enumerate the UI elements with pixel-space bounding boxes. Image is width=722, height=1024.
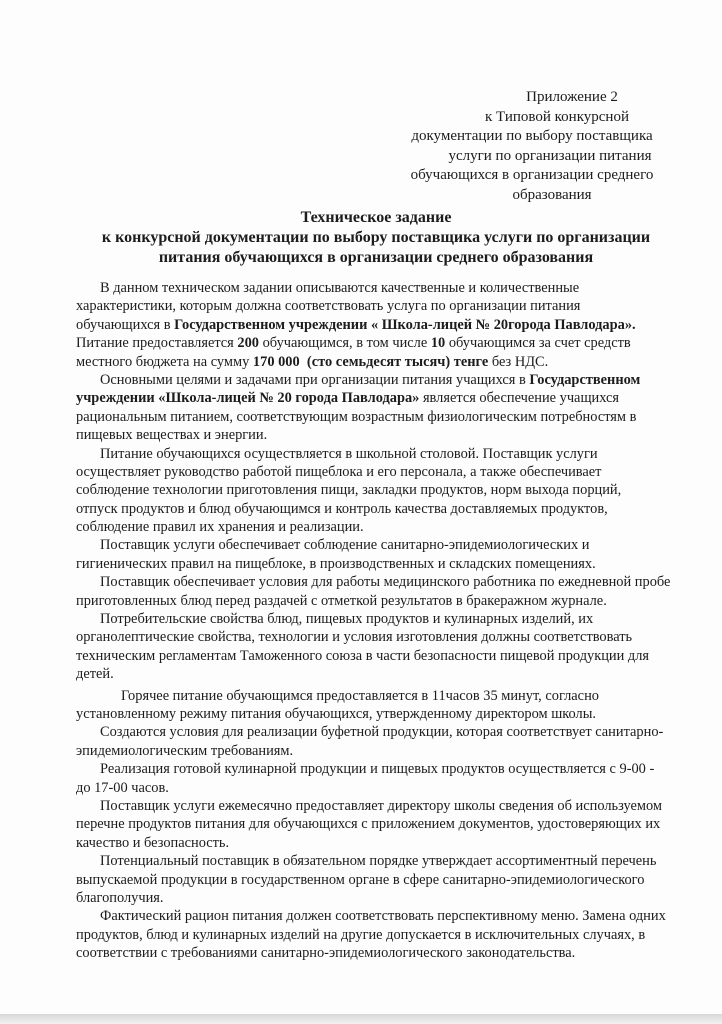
text-line: перечне продуктов питания для обучающихс… bbox=[76, 815, 696, 833]
annex-line: документации по выбору поставщика bbox=[382, 127, 682, 147]
text-line: техническим регламентам Таможенного союз… bbox=[76, 647, 696, 665]
text-line: Потребительские свойства блюд, пищевых п… bbox=[76, 610, 696, 628]
text-line: Поставщик обеспечивает условия для работ… bbox=[76, 573, 696, 591]
annex-line: к Типовой конкурсной bbox=[382, 108, 682, 128]
annex-line: Приложение 2 bbox=[382, 88, 682, 108]
students-total: 200 bbox=[237, 335, 259, 351]
annex-line: образования bbox=[382, 186, 682, 206]
text-line: осуществляет руководство работой пищебло… bbox=[76, 463, 696, 481]
paragraph-canteen: Питание обучающихся осуществляется в шко… bbox=[76, 445, 696, 537]
paragraph-intro: В данном техническом задании описываются… bbox=[76, 279, 696, 371]
paragraph-buffet: Создаются условия для реализации буфетно… bbox=[76, 723, 696, 760]
budget-amount: 170 000 bbox=[253, 354, 300, 370]
text-line: приготовленных блюд перед раздачей с отм… bbox=[76, 592, 696, 610]
text-line: Потенциальный поставщик в обязательном п… bbox=[76, 852, 696, 870]
title-line: Техническое задание bbox=[70, 208, 682, 228]
document-page: Приложение 2 к Типовой конкурсной докуме… bbox=[0, 0, 722, 1024]
text-line: соблюдение правил их хранения и реализац… bbox=[76, 518, 696, 536]
text-line: соответствии с требованиями санитарно-эп… bbox=[76, 944, 696, 962]
title-line: питания обучающихся в организации средне… bbox=[70, 248, 682, 268]
institution-name: учреждении «Школа-лицей № 20 города Павл… bbox=[76, 390, 419, 406]
text-line: характеристики, которым должна соответст… bbox=[76, 297, 696, 315]
annex-reference: Приложение 2 к Типовой конкурсной докуме… bbox=[382, 88, 682, 205]
text-line: продуктов, блюд и кулинарных изделий на … bbox=[76, 926, 696, 944]
paragraph-goals: Основными целями и задачами при организа… bbox=[76, 371, 696, 445]
budget-amount-words: (сто семьдесят тысяч) тенге bbox=[307, 354, 488, 370]
students-budget: 10 bbox=[431, 335, 445, 351]
text-span: Питание предоставляется bbox=[76, 335, 237, 351]
text-line: выпускаемой продукции в государственном … bbox=[76, 871, 696, 889]
paragraph-monthly-report: Поставщик услуги ежемесячно предоставляе… bbox=[76, 797, 696, 852]
text-line: Поставщик услуги обеспечивает соблюдение… bbox=[76, 536, 696, 554]
text-line: Питание предоставляется 200 обучающимся,… bbox=[76, 334, 696, 352]
scan-edge bbox=[0, 1014, 722, 1024]
text-line: детей. bbox=[76, 665, 696, 683]
text-line: Поставщик услуги ежемесячно предоставляе… bbox=[76, 797, 696, 815]
title-line: к конкурсной документации по выбору пост… bbox=[70, 228, 682, 248]
text-line: обучающихся в Государственном учреждении… bbox=[76, 316, 696, 334]
text-line: В данном техническом задании описываются… bbox=[76, 279, 696, 297]
text-line: соблюдение технологии приготовления пищи… bbox=[76, 481, 696, 499]
text-line: Фактический рацион питания должен соотве… bbox=[76, 907, 696, 925]
text-line: Создаются условия для реализации буфетно… bbox=[76, 723, 696, 741]
annex-line: обучающихся в организации среднего bbox=[382, 166, 682, 186]
paragraph-sanitary: Поставщик услуги обеспечивает соблюдение… bbox=[76, 536, 696, 573]
institution-name: Государственном учреждении « Школа-лицей… bbox=[174, 317, 636, 333]
text-line: Реализация готовой кулинарной продукции … bbox=[76, 760, 696, 778]
text-span: обучающимся, в том числе bbox=[259, 335, 431, 351]
paragraph-consumer-properties: Потребительские свойства блюд, пищевых п… bbox=[76, 610, 696, 684]
text-line: рациональным питанием, соответствующим в… bbox=[76, 408, 696, 426]
paragraph-medical: Поставщик обеспечивает условия для работ… bbox=[76, 573, 696, 610]
text-line: Питание обучающихся осуществляется в шко… bbox=[76, 445, 696, 463]
text-span: обучающихся в bbox=[76, 317, 174, 333]
text-line: установленному режиму питания обучающихс… bbox=[76, 705, 696, 723]
text-line: качество и безопасность. bbox=[76, 834, 696, 852]
text-span: является обеспечение учащихся bbox=[419, 390, 619, 406]
paragraph-sales-hours: Реализация готовой кулинарной продукции … bbox=[76, 760, 696, 797]
text-line: учреждении «Школа-лицей № 20 города Павл… bbox=[76, 389, 696, 407]
paragraph-hot-meals: Горячее питание обучающимся предоставляе… bbox=[76, 687, 696, 724]
text-line: до 17-00 часов. bbox=[76, 779, 696, 797]
text-line: Основными целями и задачами при организа… bbox=[76, 371, 696, 389]
text-line: пищевых веществах и энергии. bbox=[76, 426, 696, 444]
document-title: Техническое задание к конкурсной докумен… bbox=[70, 208, 682, 268]
institution-name: Государственном bbox=[529, 372, 640, 388]
text-line: отпуск продуктов и блюд обучающимся и ко… bbox=[76, 500, 696, 518]
text-line: Горячее питание обучающимся предоставляе… bbox=[76, 687, 696, 705]
text-span: без НДС. bbox=[488, 354, 548, 370]
paragraph-assortment: Потенциальный поставщик в обязательном п… bbox=[76, 852, 696, 907]
text-span: местного бюджета на сумму bbox=[76, 354, 253, 370]
text-line: эпидемиологическим требованиям. bbox=[76, 742, 696, 760]
text-line: органолептические свойства, технологии и… bbox=[76, 628, 696, 646]
document-body: В данном техническом задании описываются… bbox=[76, 279, 696, 962]
text-line: гигиенических правил на пищеблоке, в про… bbox=[76, 555, 696, 573]
text-span: Основными целями и задачами при организа… bbox=[100, 372, 529, 388]
text-line: благополучия. bbox=[76, 889, 696, 907]
paragraph-ration: Фактический рацион питания должен соотве… bbox=[76, 907, 696, 962]
text-line: местного бюджета на сумму 170 000 (сто с… bbox=[76, 353, 696, 371]
text-span: обучающимся за счет средств bbox=[445, 335, 630, 351]
annex-line: услуги по организации питания bbox=[382, 147, 682, 167]
